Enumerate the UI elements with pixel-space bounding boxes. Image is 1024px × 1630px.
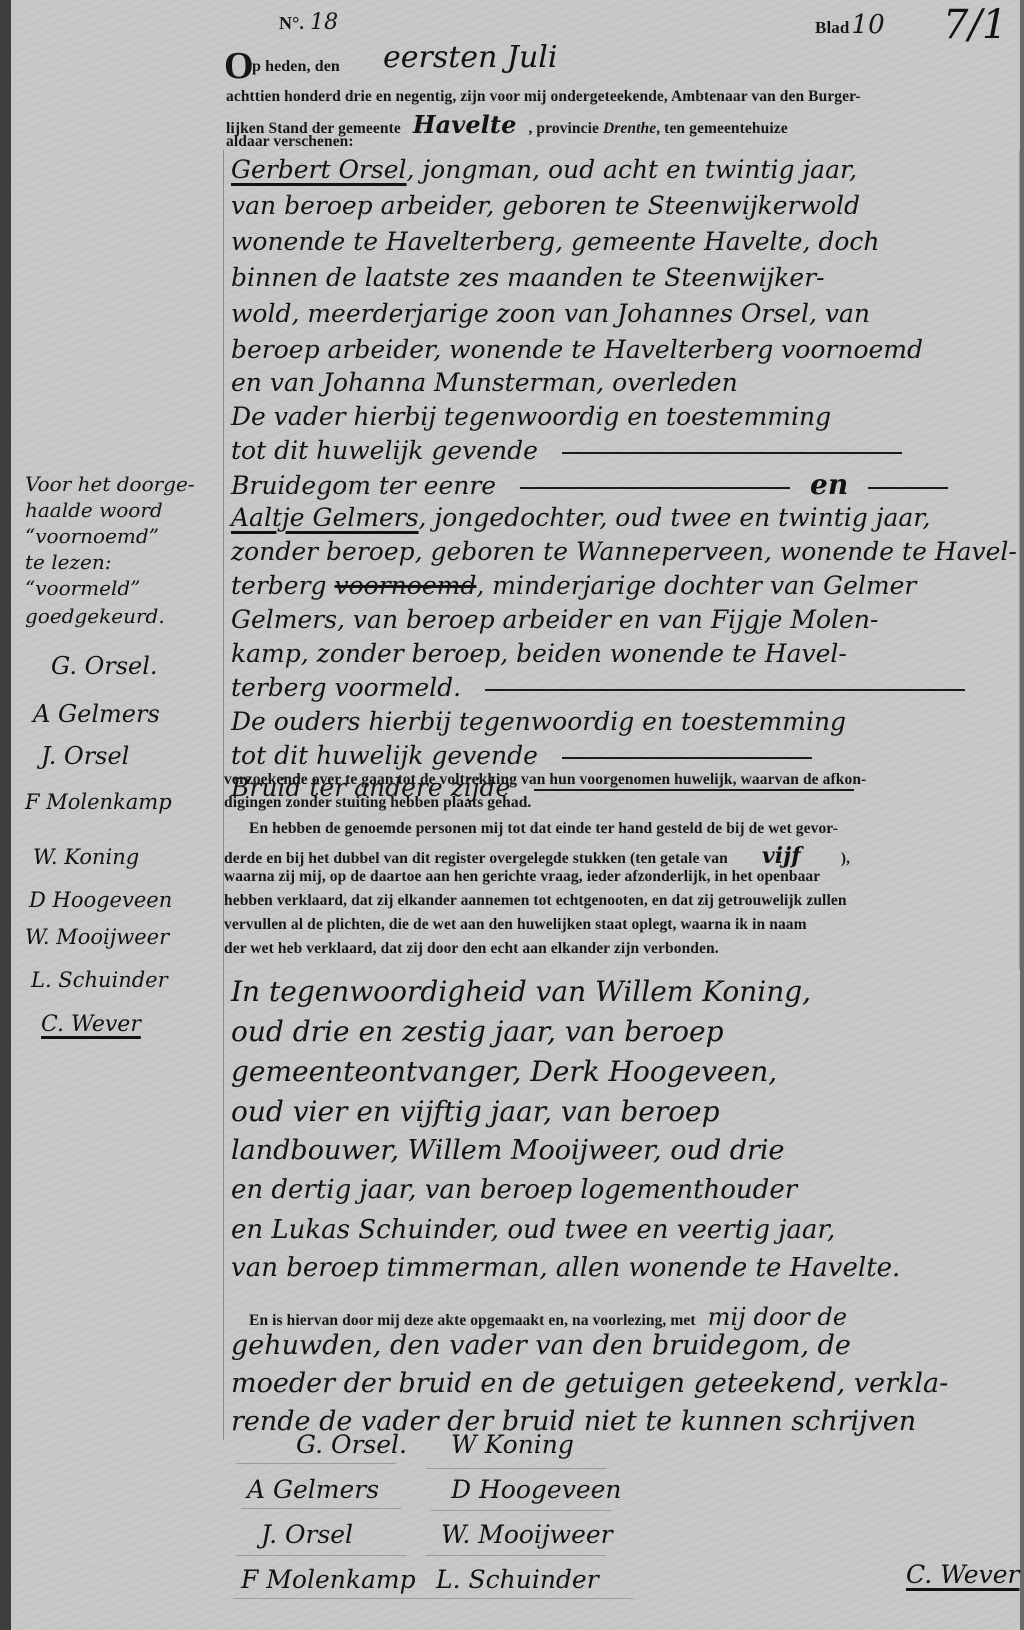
margin-note-line-2: haalde woord xyxy=(25,498,163,522)
connector-en: en xyxy=(810,468,848,501)
groom-line-2: van beroep arbeider, geboren te Steenwij… xyxy=(231,191,860,220)
closing-printed: En is hiervan door mij deze akte opgemaa… xyxy=(249,1303,847,1331)
fill-line xyxy=(562,452,902,454)
signature-witness-4: L. Schuinder xyxy=(436,1565,599,1594)
signature-groom: G. Orsel. xyxy=(296,1430,407,1459)
closing-printed-text: En is hiervan door mij deze akte opgemaa… xyxy=(249,1312,696,1329)
margin-note-line-5: “voormeld” xyxy=(25,576,140,600)
voormeld-text: terberg voormeld. xyxy=(231,673,461,702)
groom-line-4: binnen de laatste zes maanden te Steenwi… xyxy=(231,263,825,292)
margin-signature: W. Koning xyxy=(33,845,139,869)
bride-name: Aaltje Gelmers xyxy=(231,503,419,532)
consent-text: tot dit huwelijk gevende xyxy=(231,436,538,465)
bride-line-3-pre: terberg xyxy=(231,571,327,600)
witness-line-1: In tegenwoordigheid van Willem Koning, xyxy=(231,975,811,1008)
record-number: N°.18 xyxy=(279,10,338,35)
opening-line-2: achttien honderd drie en negentig, zijn … xyxy=(226,88,861,106)
closing-line-2: moeder der bruid en de getuigen geteeken… xyxy=(231,1368,948,1399)
margin-signature: C. Wever xyxy=(41,1012,141,1037)
groom-line-5: wold, meerderjarige zoon van Johannes Or… xyxy=(231,299,870,328)
bride-line-5: kamp, zonder beroep, beiden wonende te H… xyxy=(231,639,847,668)
stukken-text: derde en bij het dubbel van dit register… xyxy=(224,850,728,867)
groom-line-8: De vader hierbij tegenwoordig en toestem… xyxy=(231,402,831,431)
marriage-date: eersten Juli xyxy=(383,40,557,75)
groom-line-6: beroep arbeider, wonende te Havelterberg… xyxy=(231,335,923,364)
struck-word: voornoemd xyxy=(335,571,477,600)
witness-line-7: en Lukas Schuinder, oud twee en veertig … xyxy=(231,1215,835,1245)
bride-line-4: Gelmers, van beroep arbeider en van Fijg… xyxy=(231,605,878,634)
signature-rule xyxy=(426,1555,606,1556)
margin-signature: L. Schuinder xyxy=(31,968,168,992)
margin-signature: G. Orsel. xyxy=(51,652,158,680)
fill-line xyxy=(562,757,812,759)
body-para2-line5: vervullen al de plichten, die de wet aan… xyxy=(224,916,807,934)
fill-line xyxy=(868,487,948,489)
consent-text-bride: tot dit huwelijk gevende xyxy=(231,741,538,770)
body-para1-line1: verzoekende over te gaan tot de voltrekk… xyxy=(224,771,866,789)
document-count: vijf xyxy=(732,843,841,869)
witness-line-5: landbouwer, Willem Mooijweer, oud drie xyxy=(231,1135,785,1166)
signature-rule xyxy=(233,1598,633,1599)
margin-note-line-6: goedgekeurd. xyxy=(25,604,165,628)
groom-line-10: Bruidegom ter eenre en xyxy=(231,468,948,501)
signature-rule xyxy=(236,1555,406,1556)
stukken-close: ), xyxy=(841,850,850,867)
opening-line-4: aldaar verschenen: xyxy=(226,133,354,151)
signature-rule xyxy=(236,1463,396,1464)
groom-line-9: tot dit huwelijk gevende xyxy=(231,436,902,465)
blad-value: 10 xyxy=(851,10,884,40)
blad-number: Blad10 xyxy=(815,10,885,40)
signature-groom-father: J. Orsel xyxy=(261,1520,353,1549)
bride-line-2: zonder beroep, geboren te Wanneperveen, … xyxy=(231,537,1017,566)
signature-rule xyxy=(426,1468,606,1469)
binding-edge xyxy=(0,0,11,1630)
blad-label: Blad xyxy=(815,18,849,37)
bride-line-3-rest: , minderjarige dochter van Gelmer xyxy=(476,571,916,600)
body-para2-line2: derde en bij het dubbel van dit register… xyxy=(224,843,850,869)
body-para2-line3: waarna zij mij, op de daartoe aan hen ge… xyxy=(224,868,820,886)
margin-signature: J. Orsel xyxy=(41,742,129,770)
line3-post: , provincie xyxy=(528,120,603,137)
bride-line-7: De ouders hierbij tegenwoordig en toeste… xyxy=(231,707,846,736)
groom-line-1-rest: , jongman, oud acht en twintig jaar, xyxy=(407,155,858,184)
closing-line-1: gehuwden, den vader van den bruidegom, d… xyxy=(231,1330,851,1361)
groom-line-3: wonende te Havelterberg, gemeente Havelt… xyxy=(231,227,880,256)
signature-registrar: C. Wever xyxy=(906,1560,1019,1589)
opening-initial: O xyxy=(224,44,254,88)
opening-text: p heden, den xyxy=(252,58,340,76)
groom-line-7: en van Johanna Munsterman, overleden xyxy=(231,368,738,397)
witness-line-2: oud drie en zestig jaar, van beroep xyxy=(231,1015,724,1048)
witness-line-6: en dertig jaar, van beroep logementhoude… xyxy=(231,1175,797,1205)
margin-signature: F Molenkamp xyxy=(25,790,172,814)
signature-witness-3: W. Mooijweer xyxy=(441,1520,613,1549)
groom-line-1: Gerbert Orsel, jongman, oud acht en twin… xyxy=(231,155,857,184)
municipality: Havelte xyxy=(405,110,525,139)
bride-line-3: terberg voornoemd, minderjarige dochter … xyxy=(231,571,916,600)
margin-signature: A Gelmers xyxy=(33,700,160,728)
margin-signature: D Hoogeveen xyxy=(29,888,172,912)
number-label: N°. xyxy=(279,13,304,33)
fill-line xyxy=(520,487,790,489)
groom-name: Gerbert Orsel xyxy=(231,155,407,184)
margin-note-line-3: “voornoemd” xyxy=(25,524,159,548)
body-para2-line6: der wet heb verklaard, dat zij door den … xyxy=(224,940,719,958)
number-value: 18 xyxy=(310,10,338,35)
bride-line-1: Aaltje Gelmers, jongedochter, oud twee e… xyxy=(231,503,930,532)
right-rule xyxy=(1019,150,1020,970)
bruidegom-text: Bruidegom ter eenre xyxy=(231,471,496,500)
fill-line xyxy=(485,689,965,691)
witness-line-4: oud vier en vijftig jaar, van beroep xyxy=(231,1095,720,1128)
page-edge xyxy=(1020,0,1024,1630)
bride-line-1-rest: , jongedochter, oud twee en twintig jaar… xyxy=(419,503,931,532)
signature-witness-2: D Hoogeveen xyxy=(451,1475,622,1504)
province: Drenthe xyxy=(603,120,656,137)
signature-bride: A Gelmers xyxy=(247,1475,379,1504)
witness-line-3: gemeenteontvanger, Derk Hoogeveen, xyxy=(231,1055,777,1088)
signature-bride-mother: F Molenkamp xyxy=(241,1565,416,1594)
line3-post-2: , ten gemeentehuize xyxy=(656,120,787,137)
folio-mark: 7/1 xyxy=(943,2,1007,48)
margin-signature: W. Mooijweer xyxy=(25,925,169,949)
body-para1-line2: digingen zonder stuiting hebben plaats g… xyxy=(224,794,531,812)
margin-note-line-4: te lezen: xyxy=(25,550,111,574)
margin-note-line-1: Voor het doorge- xyxy=(25,472,195,496)
signature-rule xyxy=(241,1508,401,1509)
bride-line-6: terberg voormeld. xyxy=(231,673,965,702)
body-para2-line1: En hebben de genoemde personen mij tot d… xyxy=(249,820,838,838)
signature-rule xyxy=(431,1510,611,1511)
marriage-record-page: N°.18 Blad10 7/1 O p heden, den eersten … xyxy=(11,0,1020,1630)
closing-handwritten-first: mij door de xyxy=(708,1303,848,1331)
bride-line-8: tot dit huwelijk gevende xyxy=(231,741,812,770)
witness-line-8: van beroep timmerman, allen wonende te H… xyxy=(231,1253,900,1283)
signature-witness-1: W Koning xyxy=(451,1430,574,1459)
body-para2-line4: hebben verklaard, dat zij elkander aanne… xyxy=(224,892,847,910)
